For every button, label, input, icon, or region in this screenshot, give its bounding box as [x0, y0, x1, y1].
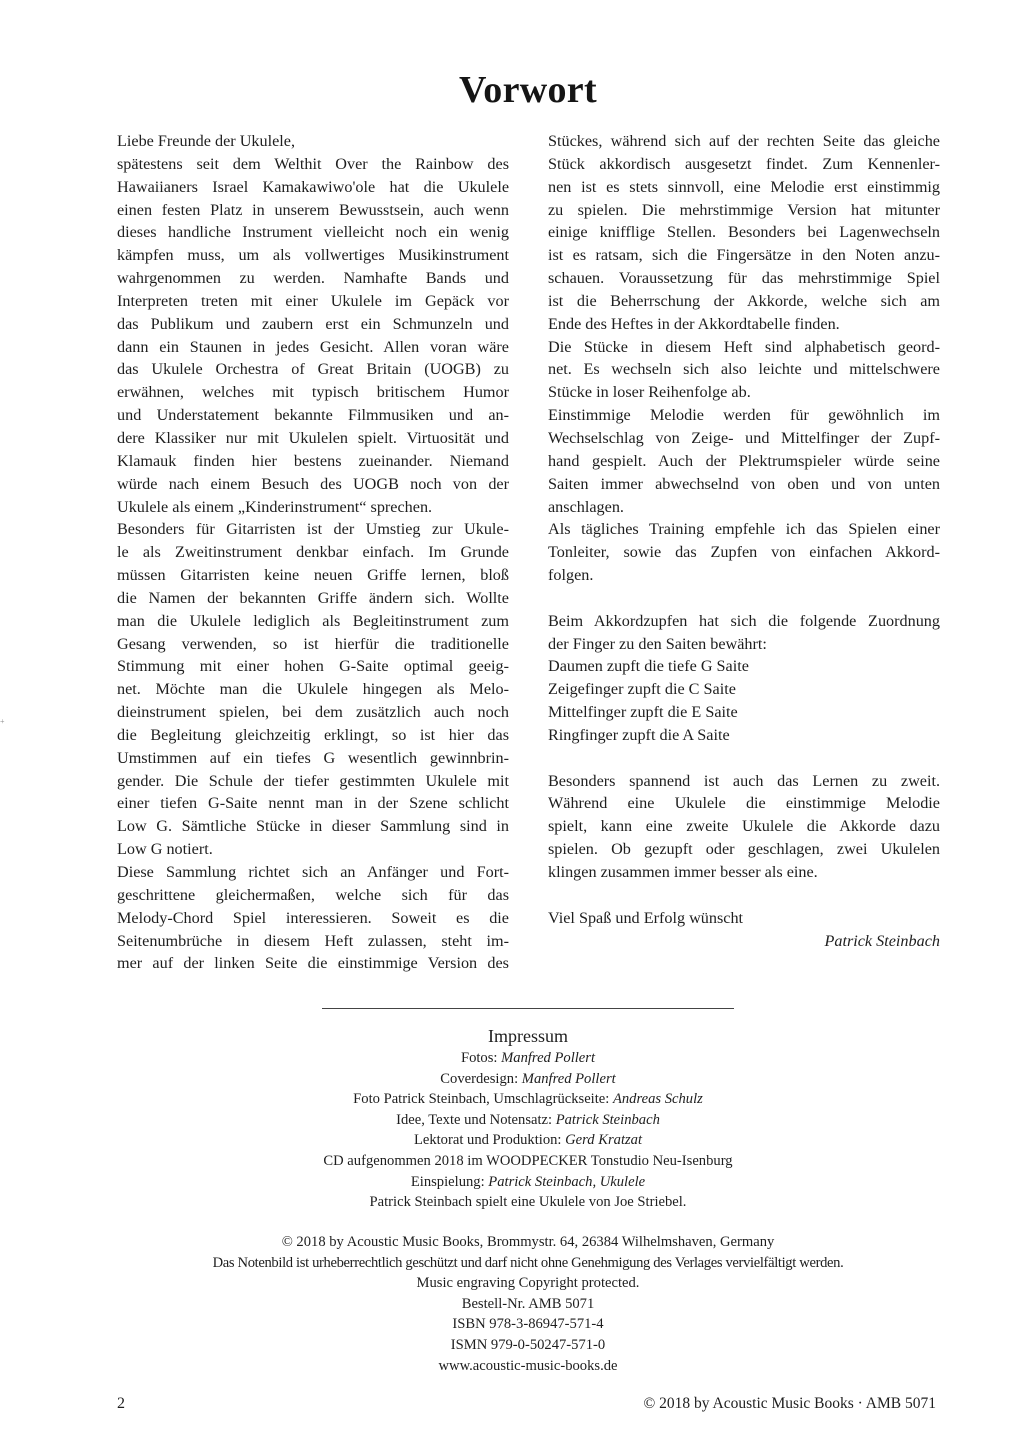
text-line: ist es ratsam, sich die Fingersätze in d…: [548, 244, 940, 267]
credit-line: CD aufgenommen 2018 im WOODPECKER Tonstu…: [0, 1151, 1024, 1172]
impressum-heading: Impressum: [0, 1024, 1024, 1048]
impressum-section: Impressum Fotos: Manfred PollertCoverdes…: [0, 1024, 1024, 1213]
text-line: dieinstrument spielen, bei dem zusätzlic…: [117, 701, 509, 724]
text-line: spielt, kann eine zweite Ukulele die Akk…: [548, 815, 940, 838]
page-number: 2: [117, 1395, 125, 1413]
text-line: Ende des Heftes in der Akkordtabelle fin…: [548, 313, 940, 336]
text-line: würde nach einem Besuch des UOGB noch vo…: [117, 473, 509, 496]
text-line: Low G notiert.: [117, 838, 509, 861]
text-line: Low G. Sämtliche Stücke in dieser Sammlu…: [117, 815, 509, 838]
credit-line: Einspielung: Patrick Steinbach, Ukulele: [0, 1172, 1024, 1193]
text-line: die Namen der bekannten Griffe ändern si…: [117, 587, 509, 610]
text-line: mer auf der linken Seite die einstimmige…: [117, 952, 509, 975]
text-line: Gesang verwenden, so ist hierfür die tra…: [117, 633, 509, 656]
credit-line: Idee, Texte und Notensatz: Patrick Stein…: [0, 1110, 1024, 1131]
text-line: erwähnen, welches mit typisch britischem…: [117, 381, 509, 404]
text-line: Mittelfinger zupft die E Saite: [548, 701, 940, 724]
credit-label: Coverdesign:: [440, 1071, 521, 1087]
text-line: wahrgenommen zu werden. Namhafte Bands u…: [117, 267, 509, 290]
order-number: Bestell-Nr. AMB 5071: [0, 1294, 1024, 1315]
crop-mark: +: [0, 719, 4, 725]
credit-value: Manfred Pollert: [501, 1050, 595, 1066]
text-line: dere Klassiker nur mit Ukulelen spielt. …: [117, 427, 509, 450]
text-line: folgen.: [548, 564, 940, 587]
credit-label: Einspielung:: [411, 1174, 488, 1190]
text-line: einen festen Platz in unserem Bewusstsei…: [117, 199, 509, 222]
text-line: anschlagen.: [548, 496, 940, 519]
credit-line: Patrick Steinbach spielt eine Ukulele vo…: [0, 1192, 1024, 1213]
credit-label: Patrick Steinbach spielt eine Ukulele vo…: [370, 1194, 687, 1210]
ismn: ISMN 979-0-50247-571-0: [0, 1335, 1024, 1356]
text-line: der Finger zu den Saiten bewährt:: [548, 633, 940, 656]
isbn: ISBN 978-3-86947-571-4: [0, 1314, 1024, 1335]
credit-label: Fotos:: [461, 1050, 501, 1066]
text-line: dann ein Staunen in jedes Gesicht. Allen…: [117, 336, 509, 359]
credit-value: Patrick Steinbach, Ukulele: [488, 1174, 645, 1190]
page-title: Vorwort: [0, 68, 1024, 112]
text-line: klingen zusammen immer besser als eine.: [548, 861, 940, 884]
text-line: net. Es wechseln sich also leichte und m…: [548, 358, 940, 381]
text-line: dieses handliche Instrument vielleicht n…: [117, 221, 509, 244]
text-line: kämpfen muss, um als vollwertiges Musiki…: [117, 244, 509, 267]
text-line: Seitenumbrüche in diesem Heft zulassen, …: [117, 930, 509, 953]
website-link[interactable]: www.acoustic-music-books.de: [0, 1356, 1024, 1377]
text-line: zu spielen. Die mehrstimmige Version hat…: [548, 199, 940, 222]
copyright-line: © 2018 by Acoustic Music Books, Brommyst…: [0, 1232, 1024, 1253]
text-line: Als tägliches Training empfehle ich das …: [548, 518, 940, 541]
text-line: spätestens seit dem Welthit Over the Rai…: [117, 153, 509, 176]
text-line: net. Möchte man die Ukulele hingegen als…: [117, 678, 509, 701]
text-line: Daumen zupft die tiefe G Saite: [548, 655, 940, 678]
text-line: Stückes, während sich auf der rechten Se…: [548, 130, 940, 153]
credit-label: Foto Patrick Steinbach, Umschlagrückseit…: [353, 1091, 613, 1107]
text-line: Ukulele als einem „Kinderinstrument“ spr…: [117, 496, 509, 519]
text-line: Besonders spannend ist auch das Lernen z…: [548, 770, 940, 793]
left-column: Liebe Freunde der Ukulele,spätestens sei…: [117, 130, 509, 975]
text-line: Hawaiianers Israel Kamakawiwo'ole hat di…: [117, 176, 509, 199]
text-line: Die Stücke in diesem Heft sind alphabeti…: [548, 336, 940, 359]
credit-value: Patrick Steinbach: [556, 1112, 660, 1128]
text-line: Ringfinger zupft die A Saite: [548, 724, 940, 747]
footer-copyright: © 2018 by Acoustic Music Books · AMB 507…: [643, 1395, 936, 1413]
text-line: Während eine Ukulele die einstimmige Mel…: [548, 792, 940, 815]
text-line: [548, 587, 940, 610]
credit-label: CD aufgenommen 2018 im WOODPECKER Tonstu…: [323, 1153, 732, 1169]
text-line: Besonders für Gitarristen ist der Umstie…: [117, 518, 509, 541]
credit-value: Andreas Schulz: [613, 1091, 703, 1107]
credit-line: Foto Patrick Steinbach, Umschlagrückseit…: [0, 1089, 1024, 1110]
legal-section: © 2018 by Acoustic Music Books, Brommyst…: [0, 1232, 1024, 1376]
text-line: Saiten immer abwechselnd von oben und vo…: [548, 473, 940, 496]
text-line: ist die Beherrschung der Akkorde, welche…: [548, 290, 940, 313]
text-line: Beim Akkordzupfen hat sich die folgende …: [548, 610, 940, 633]
text-line: Einstimmige Melodie werden für gewöhnlic…: [548, 404, 940, 427]
credit-label: Lektorat und Produktion:: [414, 1132, 565, 1148]
text-line: müssen Gitarristen keine neuen Griffe le…: [117, 564, 509, 587]
credit-value: Gerd Kratzat: [565, 1132, 642, 1148]
credit-line: Coverdesign: Manfred Pollert: [0, 1069, 1024, 1090]
text-line: Zeigefinger zupft die C Saite: [548, 678, 940, 701]
section-divider: [322, 1008, 734, 1009]
author-signature: Patrick Steinbach: [548, 930, 940, 953]
text-line: das Ukulele Orchestra of Great Britain (…: [117, 358, 509, 381]
credit-label: Idee, Texte und Notensatz:: [396, 1112, 556, 1128]
text-line: einer tiefen G-Saite nennt man in der Sz…: [117, 792, 509, 815]
text-line: Stück akkordisch ausgesetzt findet. Zum …: [548, 153, 940, 176]
text-line: Klamauk finden hier bestens zueinander. …: [117, 450, 509, 473]
text-line: hand gespielt. Auch der Plektrumspieler …: [548, 450, 940, 473]
right-column: Stückes, während sich auf der rechten Se…: [548, 130, 940, 952]
text-line: geschrittene gleichermaßen, welche sich …: [117, 884, 509, 907]
credit-value: Manfred Pollert: [522, 1071, 616, 1087]
text-line: [548, 747, 940, 770]
text-line: nen ist es stets sinnvoll, eine Melodie …: [548, 176, 940, 199]
text-line: und Understatement bekannte Filmmusiken …: [117, 404, 509, 427]
text-line: Diese Sammlung richtet sich an Anfänger …: [117, 861, 509, 884]
text-line: Wechselschlag von Zeige- und Mittelfinge…: [548, 427, 940, 450]
credit-line: Lektorat und Produktion: Gerd Kratzat: [0, 1130, 1024, 1151]
text-line: man die Ukulele lediglich als Begleitins…: [117, 610, 509, 633]
engraving-notice: Music engraving Copyright protected.: [0, 1273, 1024, 1294]
text-line: le als Zweitinstrument denkbar einfach. …: [117, 541, 509, 564]
text-line: Melody-Chord Spiel interessieren. Soweit…: [117, 907, 509, 930]
text-line: Stimmung mit einer hohen G-Saite optimal…: [117, 655, 509, 678]
text-line: das Publikum und zaubern erst ein Schmun…: [117, 313, 509, 336]
text-line: die Begleitung gleichzeitig erklingt, so…: [117, 724, 509, 747]
copyright-notice: Das Notenbild ist urheberrechtlich gesch…: [0, 1253, 1024, 1274]
text-line: gender. Die Schule der tiefer gestimmten…: [117, 770, 509, 793]
text-line: Viel Spaß und Erfolg wünscht: [548, 907, 940, 930]
impressum-credits: Fotos: Manfred PollertCoverdesign: Manfr…: [0, 1048, 1024, 1213]
text-line: einige knifflige Stellen. Besonders bei …: [548, 221, 940, 244]
text-line: schauen. Voraussetzung für das mehrstimm…: [548, 267, 940, 290]
text-line: [548, 884, 940, 907]
text-line: spielen. Ob gezupft oder geschlagen, zwe…: [548, 838, 940, 861]
text-line: Tonleiter, sowie das Zupfen von einfache…: [548, 541, 940, 564]
text-line: Interpreten treten mit einer Ukulele im …: [117, 290, 509, 313]
text-line: Liebe Freunde der Ukulele,: [117, 130, 509, 153]
credit-line: Fotos: Manfred Pollert: [0, 1048, 1024, 1069]
text-line: Stücke in loser Reihenfolge ab.: [548, 381, 940, 404]
text-line: Umstimmen auf ein tiefes G wesentlich ge…: [117, 747, 509, 770]
